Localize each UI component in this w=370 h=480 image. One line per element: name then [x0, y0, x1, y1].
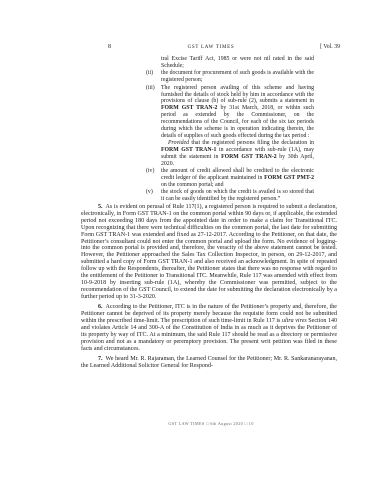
paragraph-text: As is evident on perusal of Rule 117(1),…	[81, 204, 337, 300]
item-marker	[146, 56, 161, 70]
item-marker: (ii)	[146, 70, 161, 84]
item-proviso-text: Provided that the registered persons fil…	[161, 140, 314, 168]
excerpt-item-continuation: tral Excise Tariff Act, 1985 or were not…	[146, 56, 314, 70]
excerpt-item-iv: (iv) the amount of credit allowed shall …	[146, 168, 314, 189]
item-marker: (v)	[146, 189, 161, 203]
paragraph-number: 5.	[98, 204, 103, 210]
judgment-body: 5.As is evident on perusal of Rule 117(1…	[81, 204, 337, 373]
document-page: 8 GST LAW TIMES [ Vol. 39 tral Excise Ta…	[0, 0, 370, 480]
item-marker: (iv)	[146, 168, 161, 189]
paragraph-number: 7.	[98, 356, 103, 362]
journal-title: GST LAW TIMES	[134, 45, 288, 50]
item-main-text: The registered person availing of this s…	[161, 85, 314, 140]
running-header: 8 GST LAW TIMES [ Vol. 39	[82, 44, 340, 50]
imprint-line: GST LAW TIMES □ 6th August 2020 □ 10	[168, 421, 253, 426]
statute-excerpt: tral Excise Tariff Act, 1985 or were not…	[146, 56, 314, 204]
paragraph-text: We heard Mr. R. Rajaraman, the Learned C…	[81, 356, 337, 369]
page-number: 8	[82, 44, 134, 50]
item-text: The registered person availing of this s…	[161, 85, 314, 168]
item-marker: (iii)	[146, 85, 161, 168]
paragraph-5: 5.As is evident on perusal of Rule 117(1…	[81, 204, 337, 301]
excerpt-item-v: (v) the stock of goods on which the cred…	[146, 189, 314, 203]
item-text: the amount of credit allowed shall be cr…	[161, 168, 314, 189]
running-footer: GST LAW TIMES □ 6th August 2020 □ 10	[82, 421, 340, 426]
volume-label: [ Vol. 39	[288, 44, 340, 50]
paragraph-7: 7.We heard Mr. R. Rajaraman, the Learned…	[81, 356, 337, 370]
paragraph-text: According to the Petitioner, ITC is in t…	[81, 304, 337, 351]
excerpt-item-ii: (ii) the document for procurement of suc…	[146, 70, 314, 84]
item-text: the document for procurement of such goo…	[161, 70, 314, 84]
excerpt-item-iii: (iii) The registered person availing of …	[146, 85, 314, 168]
paragraph-number: 6.	[98, 304, 103, 310]
paragraph-6: 6.According to the Petitioner, ITC is in…	[81, 304, 337, 352]
item-text: tral Excise Tariff Act, 1985 or were not…	[161, 56, 314, 70]
item-text: the stock of goods on which the credit i…	[161, 189, 314, 203]
